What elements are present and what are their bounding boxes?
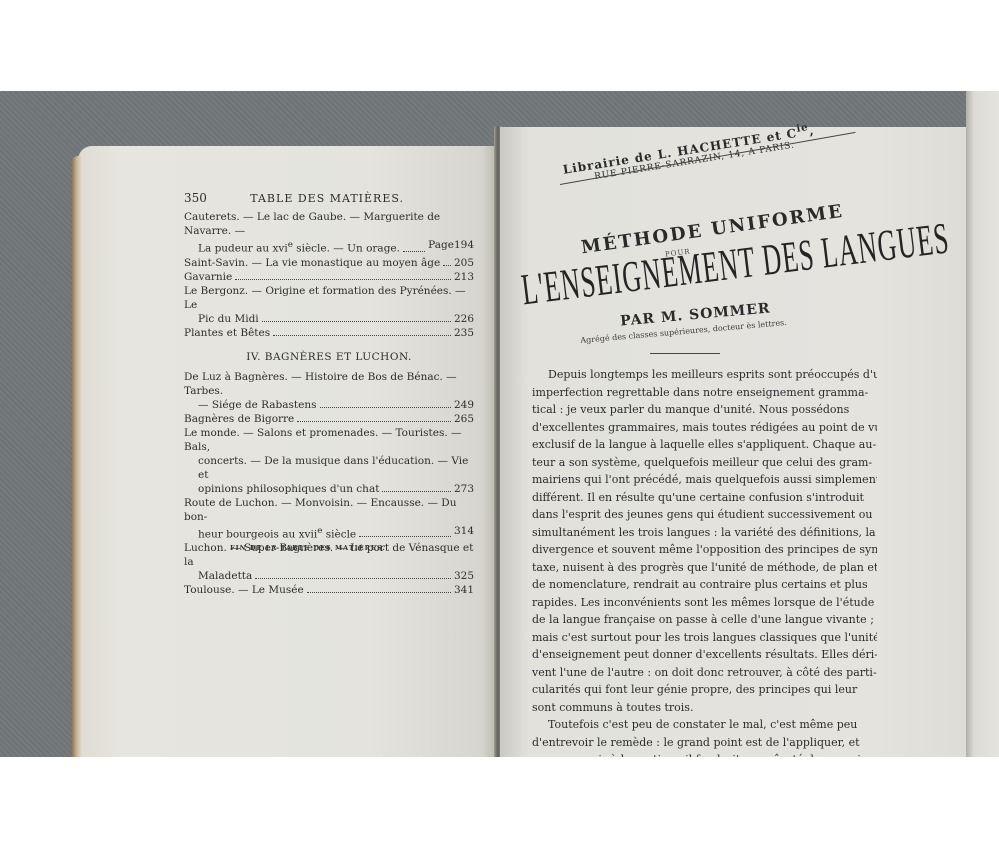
toc-page-number: 265 — [454, 412, 474, 426]
toc-entry-text: Bagnères de Bigorre — [184, 412, 294, 426]
body-line: cularités qui font leur génie propre, de… — [532, 681, 877, 699]
toc-entry: Route de Luchon. — Monvoisin. — Encausse… — [184, 496, 474, 542]
body-line: mais c'est surtout pour les trois langue… — [532, 629, 877, 647]
toc-entry: Bagnères de Bigorre265 — [184, 412, 474, 426]
toc-entry-text: Saint-Savin. — La vie monastique au moye… — [184, 256, 440, 270]
section-heading: IV. BAGNÈRES ET LUCHON. — [184, 350, 474, 364]
body-text: Depuis longtemps les meilleurs esprits s… — [532, 366, 877, 757]
short-rule — [650, 353, 720, 354]
toc-entry: Le Bergonz. — Origine et formation des P… — [184, 284, 474, 326]
leader-dots — [262, 312, 451, 322]
toc-entry: Toulouse. — Le Musée341 — [184, 583, 474, 597]
toc-page-number: 205 — [454, 256, 474, 270]
left-page-worn-edge — [72, 156, 82, 757]
toc-entries-part2: De Luz à Bagnères. — Histoire de Bos de … — [184, 370, 474, 598]
body-line: vent l'une de l'autre : on doit donc ret… — [532, 664, 877, 682]
right-page-edge — [966, 91, 999, 757]
leader-dots — [359, 524, 451, 538]
leader-dots — [273, 326, 451, 336]
toc-entry-text: heur bourgeois au xviie siècle — [198, 524, 356, 542]
page-number: 350 — [184, 191, 207, 205]
body-line: taxe, nuisent à des progrès que l'unité … — [532, 559, 877, 577]
toc-entry-text: Le Bergonz. — Origine et formation des P… — [184, 284, 474, 312]
toc-entry: Cauterets. — Le lac de Gaube. — Margueri… — [184, 210, 474, 256]
body-line: d'enseignement peut donner d'excellents … — [532, 646, 877, 664]
body-line: de la langue française on passe à celle … — [532, 611, 877, 629]
toc-entry-text: Le monde. — Salons et promenades. — Tour… — [184, 426, 474, 454]
body-line: teur a son système, quelquefois meilleur… — [532, 454, 877, 472]
leader-dots — [443, 256, 451, 266]
toc-page-number: 273 — [454, 482, 474, 496]
body-line: Toutefois c'est peu de constater le mal,… — [532, 716, 877, 734]
page-label: Page — [428, 238, 454, 256]
toc-entry-text: De Luz à Bagnères. — Histoire de Bos de … — [184, 370, 474, 398]
leader-dots — [403, 238, 425, 252]
body-line: rapides. Les inconvénients sont les même… — [532, 594, 877, 612]
toc-page-number: 249 — [454, 398, 474, 412]
toc-entry: Gavarnie213 — [184, 270, 474, 284]
body-line: exclusif de la langue à laquelle elles s… — [532, 436, 877, 454]
leader-dots — [307, 583, 451, 593]
toc-page-number: 341 — [454, 583, 474, 597]
running-header: 350 TABLE DES MATIÈRES. — [184, 191, 474, 206]
table-of-contents: 350 TABLE DES MATIÈRES. Cauterets. — Le … — [184, 191, 474, 597]
body-line: différent. Il en résulte qu'une certaine… — [532, 489, 877, 507]
toc-entry-text: Toulouse. — Le Musée — [184, 583, 304, 597]
toc-page-number: 226 — [454, 312, 474, 326]
toc-page-number: 325 — [454, 569, 474, 583]
toc-entry-text: Route de Luchon. — Monvoisin. — Encausse… — [184, 496, 474, 524]
leader-dots — [320, 398, 451, 408]
body-line: d'excellentes grammaires, mais toutes ré… — [532, 419, 877, 437]
toc-entry: Plantes et Bêtes235 — [184, 326, 474, 340]
toc-entry-text: concerts. — De la musique dans l'éducati… — [198, 454, 474, 482]
body-line: tical : je veux parler du manque d'unité… — [532, 401, 877, 419]
leader-dots — [255, 569, 451, 579]
body-line: dans l'esprit des jeunes gens qui étudie… — [532, 506, 877, 524]
body-line: sont communs à toutes trois. — [532, 699, 877, 717]
toc-entry-text: Cauterets. — Le lac de Gaube. — Margueri… — [184, 210, 474, 238]
toc-entry-text: opinions philosophiques d'un chat — [198, 482, 379, 496]
body-line: pour en venir à la pratique il faudrait … — [532, 751, 877, 757]
toc-entry: Saint-Savin. — La vie monastique au moye… — [184, 256, 474, 270]
toc-entry-text: — Siége de Rabastens — [198, 398, 317, 412]
toc-entries-part1: Cauterets. — Le lac de Gaube. — Margueri… — [184, 210, 474, 340]
body-line: de nomenclature, rendrait au contraire p… — [532, 576, 877, 594]
toc-entry-text: Maladetta — [198, 569, 252, 583]
toc-page-number: 235 — [454, 326, 474, 340]
toc-entry: De Luz à Bagnères. — Histoire de Bos de … — [184, 370, 474, 412]
book-photo: 350 TABLE DES MATIÈRES. Cauterets. — Le … — [0, 91, 999, 757]
leader-dots — [235, 270, 451, 280]
leader-dots — [297, 412, 451, 422]
toc-page-number: 213 — [454, 270, 474, 284]
leader-dots — [382, 482, 451, 492]
end-of-toc-note: FIN DE LA TABLE DES MATIÈRES. — [230, 544, 386, 552]
running-head-title: TABLE DES MATIÈRES. — [250, 192, 404, 206]
toc-page-number: 314 — [454, 524, 474, 542]
body-line: d'entrevoir le remède : le grand point e… — [532, 734, 877, 752]
body-line: imperfection regrettable dans notre ense… — [532, 384, 877, 402]
body-line: divergence et souvent même l'opposition … — [532, 541, 877, 559]
body-line: Depuis longtemps les meilleurs esprits s… — [532, 366, 877, 384]
toc-entry-text: Pic du Midi — [198, 312, 259, 326]
toc-entry-text: La pudeur au xvie siècle. — Un orage. — [198, 238, 400, 256]
toc-entry: Le monde. — Salons et promenades. — Tour… — [184, 426, 474, 496]
toc-entry-text: Plantes et Bêtes — [184, 326, 270, 340]
toc-entry-text: Gavarnie — [184, 270, 232, 284]
body-line: mairiens qui l'ont précédé, mais quelque… — [532, 471, 877, 489]
toc-page-number: 194 — [454, 238, 474, 256]
body-line: simultanément les trois langues : la var… — [532, 524, 877, 542]
